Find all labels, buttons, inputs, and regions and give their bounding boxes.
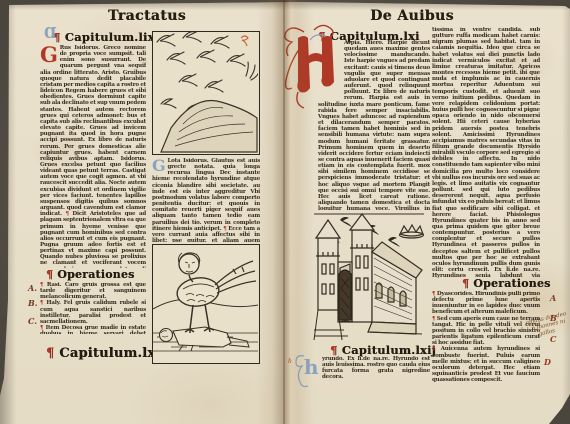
chapter-60-title: Capitulum.lx <box>59 346 155 361</box>
operationes-items-right: ¶ Dyascorides. Hirundinis pulli primo de… <box>432 291 540 383</box>
pilcrow-icon: ¶ <box>330 343 338 357</box>
item-text: Haly. Fel gruis calidum rubele si cum aq… <box>40 300 146 324</box>
operationes-heading-left: ¶ Operationes <box>46 268 134 281</box>
chapter-61-body: Arpia. Hiero. Harpie dicunt quedam aues … <box>318 40 430 210</box>
body-text: Rus Isidorus. Greco nomine de propria vo… <box>40 45 146 217</box>
book-photo: Tractatus Ɑ ¶ Capitulum.lix G Rus Isidor… <box>0 0 570 424</box>
pilcrow-icon: ¶ <box>65 211 68 217</box>
pilcrow-icon: ¶ <box>40 325 43 331</box>
body-text: yrundo. Ex li.de na.re. Hyrundo est auis… <box>322 356 430 380</box>
pilcrow-icon: ¶ <box>46 346 54 361</box>
pilcrow-icon: ¶ <box>432 346 435 352</box>
pilcrow-icon: ¶ <box>223 226 226 232</box>
pilcrow-icon: ¶ <box>432 316 435 322</box>
harpy-woodcut <box>152 244 260 364</box>
item-text: Rasi. Caro gruis grossa est que tarde di… <box>40 282 146 300</box>
pilcrow-icon: ¶ <box>40 282 43 288</box>
pilcrow-icon: ¶ <box>462 277 469 290</box>
hirundo-column-text: tissima in ventre candida. sub gutture r… <box>432 27 540 278</box>
operationes-item: ¶ Item Decosa grue madie in estate duobu… <box>40 325 146 334</box>
gutter-fold-shadow <box>256 0 314 424</box>
chapter-59-heading: Ɑ ¶ Capitulum.lix <box>40 26 150 45</box>
running-title-right: De Auibus <box>352 8 472 24</box>
operationes-items-left: ¶ Rasi. Caro gruis grossa est que tarde … <box>40 282 146 334</box>
margin-letter-b: B. <box>28 298 38 308</box>
item-text: Item Decosa grue madie in estate duobus … <box>40 325 146 334</box>
body-text: Lota Isidorus. Glautus est auis grecte n… <box>152 158 260 232</box>
church-woodcut <box>312 212 426 342</box>
orange-pen-mark <box>241 36 248 46</box>
margin-letter-d-right: D <box>544 357 551 367</box>
pilcrow-icon: ¶ <box>432 291 435 297</box>
item-text: Dyascorides. Hirundinis pulli primo defe… <box>432 291 540 315</box>
chapter-59-title: Capitulum.lix <box>65 30 155 44</box>
chapter-62-body: yrundo. Ex li.de na.re. Hyrundo est auis… <box>322 356 430 382</box>
operationes-title: Operationes <box>473 277 550 290</box>
lombard-guide-ornament-icon: Ɑ <box>44 24 57 42</box>
running-title-left: Tractatus <box>92 8 202 24</box>
chapter-62-title: Capitulum.lxij <box>342 343 436 357</box>
margin-letter-a-right: A <box>550 293 556 303</box>
item-text: Sed cum aperis eum caue ne terram tangat… <box>432 316 540 347</box>
operationes-item: ¶ Auicenna autem hyrundines si combuste … <box>432 346 540 383</box>
margin-letter-c: C. <box>28 316 37 326</box>
body-text: tissima in ventre candida. sub gutture r… <box>432 27 540 278</box>
item-text: Auicenna autem hyrundines si combuste fu… <box>432 346 540 383</box>
lombard-initial-g-blue: G <box>152 159 165 173</box>
chapter-59-body: G Rus Isidorus. Greco nomine de propria … <box>40 45 146 268</box>
chapter-62-heading: ¶ Capitulum.lxij <box>330 343 436 357</box>
harpy-illustration <box>153 245 258 362</box>
operationes-title: Operationes <box>57 268 134 281</box>
church-illustration <box>312 212 426 342</box>
cranes-woodcut <box>152 31 260 155</box>
cranes-illustration <box>153 32 258 153</box>
operationes-item: ¶ Sed cum aperis eum caue ne terram tang… <box>432 316 540 347</box>
operationes-item: ¶ Rasi. Caro gruis grossa est que tarde … <box>40 282 146 300</box>
body-text: Dicit Aristoteles que ad plagam septentr… <box>40 211 146 268</box>
operationes-item: ¶ Haly. Fel gruis calidum rubele si cum … <box>40 300 146 325</box>
chapter-60-heading: ¶ Capitulum.lx <box>46 346 155 361</box>
pilcrow-icon: ¶ <box>46 268 53 281</box>
lombard-initial-g: G <box>40 46 58 64</box>
margin-letter-a: A. <box>28 283 37 293</box>
initial-spacer <box>318 40 344 100</box>
glottis-text-block: G Lota Isidorus. Glautus est auis grecte… <box>152 158 260 242</box>
operationes-heading-right: ¶ Operationes <box>462 277 550 290</box>
operationes-item: ¶ Dyascorides. Hirundinis pulli primo de… <box>432 291 540 316</box>
pilcrow-icon: ¶ <box>40 300 43 306</box>
